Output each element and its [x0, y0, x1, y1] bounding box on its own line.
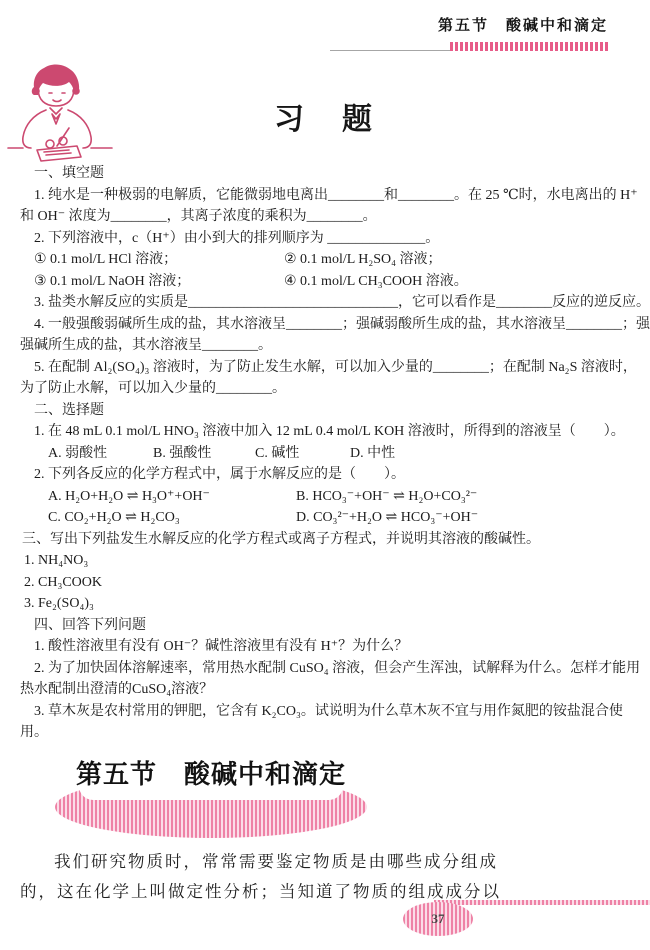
fill-q2-options-34: ③ 0.1 mol/L NaOH 溶液； ④ 0.1 mol/L CH₃COOH… — [20, 271, 636, 293]
choice-q1-options: A. 弱酸性 B. 强酸性 C. 碱性 D. 中性 — [20, 443, 636, 465]
choice-q1: 1. 在 48 mL 0.1 mol/L HNO₃ 溶液中加入 12 mL 0.… — [20, 421, 636, 443]
choice-heading: 二、选择题 — [20, 400, 636, 422]
option-4: ④ 0.1 mol/L CH₃COOH 溶液。 — [284, 271, 468, 293]
option-2: ② 0.1 mol/L H₂SO₄ 溶液； — [284, 249, 442, 271]
intro-line1: 我们研究物质时，常常需要鉴定物质是由哪些成分组成 — [20, 847, 456, 877]
answer-q2-line1: 2. 为了加快固体溶解速率，常用热水配制 CuSO₄ 溶液，但会产生浑浊，试解释… — [20, 658, 636, 680]
section-banner: 第五节 酸碱中和滴定 — [55, 744, 367, 840]
running-head-section-title: 第五节 酸碱中和滴定 — [438, 14, 608, 35]
hydrolysis-heading: 三、写出下列盐发生水解反应的化学方程式或离子方程式，并说明其溶液的酸碱性。 — [20, 529, 636, 551]
section-intro: 我们研究物质时，常常需要鉴定物质是由哪些成分组成 的，这在化学上叫做定性分析；当… — [20, 847, 456, 907]
option-3: ③ 0.1 mol/L NaOH 溶液； — [34, 271, 284, 293]
salt-item-1: 1. NH₄NO₃ — [20, 550, 636, 572]
fill-q1-line1: 1. 纯水是一种极弱的电解质，它能微弱地电离出________和________… — [20, 185, 636, 207]
salt-item-3: 3. Fe₂(SO₄)₃ — [20, 593, 636, 615]
choice-q2-options-cd: C. CO₂+H₂O ⇌ H₂CO₃ D. CO₃²⁻+H₂O ⇌ HCO₃⁻+… — [20, 507, 636, 529]
equation-b: B. HCO₃⁻+OH⁻ ⇌ H₂O+CO₃²⁻ — [296, 486, 477, 508]
textbook-page: 第五节 酸碱中和滴定 — [0, 0, 650, 950]
choice-q2-options-ab: A. H₂O+H₂O ⇌ H₃O⁺+OH⁻ B. HCO₃⁻+OH⁻ ⇌ H₂O… — [20, 486, 636, 508]
section-title: 第五节 酸碱中和滴定 — [76, 754, 346, 791]
fill-q4-line2: 强碱所生成的盐，其水溶液呈________。 — [20, 335, 636, 357]
answer-heading: 四、回答下列问题 — [20, 615, 636, 637]
fill-blanks-heading: 一、填空题 — [20, 163, 636, 185]
option-a: A. 弱酸性 — [48, 443, 153, 465]
fill-q1-line2: 和 OH⁻ 浓度为________，其离子浓度的乘积为________。 — [20, 206, 636, 228]
page-number-badge: 37 — [403, 902, 473, 936]
exercises-body: 一、填空题 1. 纯水是一种极弱的电解质，它能微弱地电离出________和__… — [20, 163, 636, 744]
option-b: B. 强酸性 — [153, 443, 255, 465]
answer-q1: 1. 酸性溶液里有没有 OH⁻？碱性溶液里有没有 H⁺？为什么？ — [20, 636, 636, 658]
header-accent-bar — [450, 42, 608, 51]
footer-accent-line — [434, 900, 650, 905]
intro-line2: 的，这在化学上叫做定性分析；当知道了物质的组成成分以 — [20, 877, 456, 907]
fill-q2-options-12: ① 0.1 mol/L HCl 溶液； ② 0.1 mol/L H₂SO₄ 溶液… — [20, 249, 636, 271]
equation-a: A. H₂O+H₂O ⇌ H₃O⁺+OH⁻ — [48, 486, 296, 508]
option-1: ① 0.1 mol/L HCl 溶液； — [34, 249, 284, 271]
choice-q2: 2. 下列各反应的化学方程式中，属于水解反应的是（ ）。 — [20, 464, 636, 486]
salt-item-2: 2. CH₃COOK — [20, 572, 636, 594]
answer-q3-line1: 3. 草木灰是农村常用的钾肥，它含有 K₂CO₃。试说明为什么草木灰不宜与用作氮… — [20, 701, 636, 723]
option-c: C. 碱性 — [255, 443, 350, 465]
page-number: 37 — [432, 911, 445, 927]
fill-q5-line2: 为了防止水解，可以加入少量的________。 — [20, 378, 636, 400]
fill-q4-line1: 4. 一般强酸弱碱所生成的盐，其水溶液呈________；强碱弱酸所生成的盐，其… — [20, 314, 636, 336]
equation-c: C. CO₂+H₂O ⇌ H₂CO₃ — [48, 507, 296, 529]
fill-q5-line1: 5. 在配制 Al₂(SO₄)₃ 溶液时，为了防止发生水解，可以加入少量的___… — [20, 357, 636, 379]
fill-q2: 2. 下列溶液中，c（H⁺）由小到大的排列顺序为 ______________。 — [20, 228, 636, 250]
answer-q2-line2: 热水配制出澄清的CuSO₄溶液？ — [20, 679, 636, 701]
fill-q3: 3. 盐类水解反应的实质是___________________________… — [20, 292, 636, 314]
option-d: D. 中性 — [350, 443, 395, 465]
answer-q3-line2: 用。 — [20, 722, 636, 744]
exercises-title: 习 题 — [0, 94, 650, 138]
banner-card: 第五节 酸碱中和滴定 — [79, 744, 343, 800]
equation-d: D. CO₃²⁻+H₂O ⇌ HCO₃⁻+OH⁻ — [296, 507, 478, 529]
